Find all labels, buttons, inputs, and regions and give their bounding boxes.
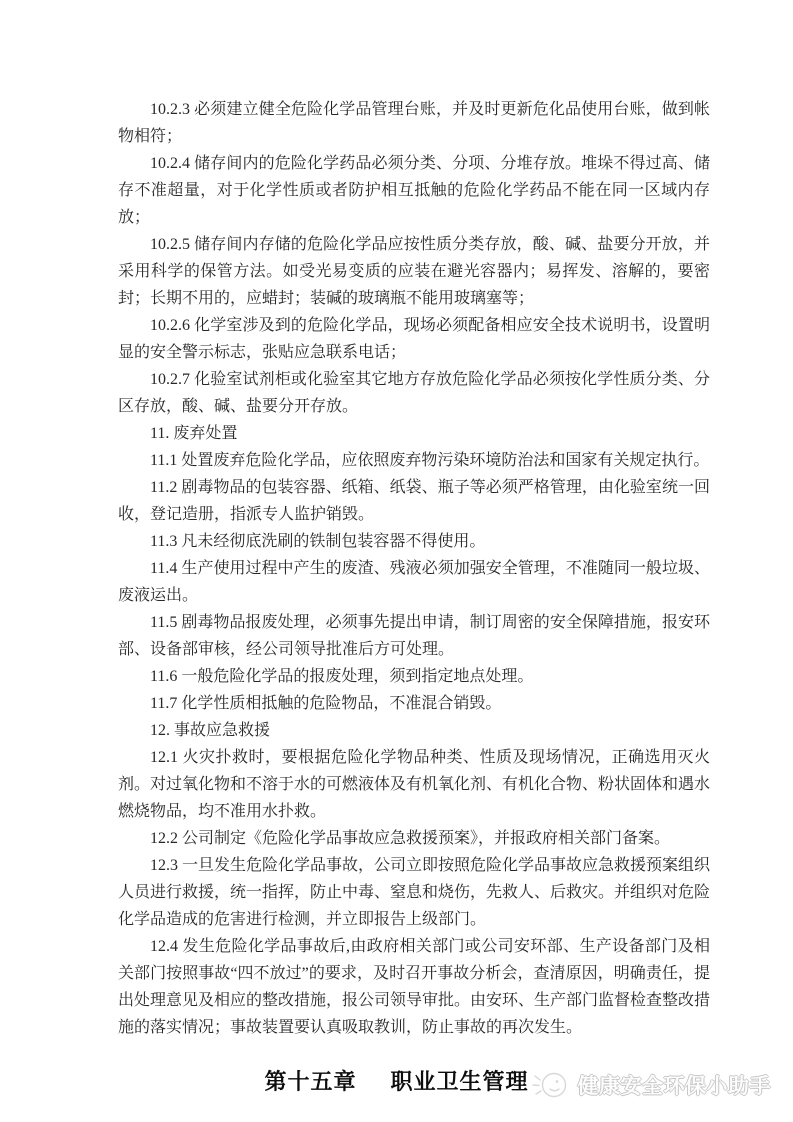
watermark-label: 健康安全环保小助手 [578, 1070, 772, 1100]
paragraph: 11.4 生产使用过程中产生的废渣、残液必须加强安全管理，不准随同一般垃圾、废液… [118, 555, 710, 609]
paragraph: 12.2 公司制定《危险化学品事故应急救援预案》，并报政府相关部门备案。 [118, 825, 710, 852]
paragraph: 12.3 一旦发生危险化学品事故，公司立即按照危险化学品事故应急救援预案组织人员… [118, 852, 710, 933]
paragraph: 11. 废弃处置 [118, 420, 710, 447]
watermark: 健康安全环保小助手 [529, 1068, 772, 1102]
paragraph: 11.5 剧毒物品报废处理，必须事先提出申请，制订周密的安全保障措施，报安环部、… [118, 609, 710, 663]
document-body: 10.2.3 必须建立健全危险化学品管理台账，并及时更新危化品使用台账，做到帐物… [118, 96, 710, 1041]
paragraph: 11.6 一般危险化学品的报废处理，须到指定地点处理。 [118, 663, 710, 690]
paragraph: 10.2.6 化学室涉及到的危险化学品，现场必须配备相应安全技术说明书，设置明显… [118, 312, 710, 366]
mascot-logo-icon [529, 1068, 571, 1102]
paragraph: 10.2.7 化验室试剂柜或化验室其它地方存放危险化学品必须按化学性质分类、分区… [118, 366, 710, 420]
chapter-title: 职业卫生管理 [391, 1069, 529, 1094]
chapter-number: 第十五章 [264, 1069, 356, 1094]
paragraph: 11.1 处置废弃危险化学品，应依照废弃物污染环境防治法和国家有关规定执行。 [118, 447, 710, 474]
paragraph: 12.4 发生危险化学品事故后,由政府相关部门或公司安环部、生产设备部门及相关部… [118, 933, 710, 1041]
paragraph: 11.3 凡未经彻底洗刷的铁制包装容器不得使用。 [118, 528, 710, 555]
document-page: 10.2.3 必须建立健全危险化学品管理台账，并及时更新危化品使用台账，做到帐物… [0, 0, 793, 1122]
paragraph: 10.2.5 储存间内存储的危险化学品应按性质分类存放，酸、碱、盐要分开放，并采… [118, 231, 710, 312]
paragraph: 12.1 火灾扑救时，要根据危险化学物品种类、性质及现场情况，正确选用灭火剂。对… [118, 744, 710, 825]
paragraph: 11.7 化学性质相抵触的危险物品，不准混合销毁。 [118, 690, 710, 717]
paragraph: 10.2.3 必须建立健全危险化学品管理台账，并及时更新危化品使用台账，做到帐物… [118, 96, 710, 150]
paragraph: 12. 事故应急救援 [118, 717, 710, 744]
paragraph: 11.2 剧毒物品的包装容器、纸箱、纸袋、瓶子等必须严格管理，由化验室统一回收，… [118, 474, 710, 528]
paragraph: 10.2.4 储存间内的危险化学药品必须分类、分项、分堆存放。堆垛不得过高、储存… [118, 150, 710, 231]
